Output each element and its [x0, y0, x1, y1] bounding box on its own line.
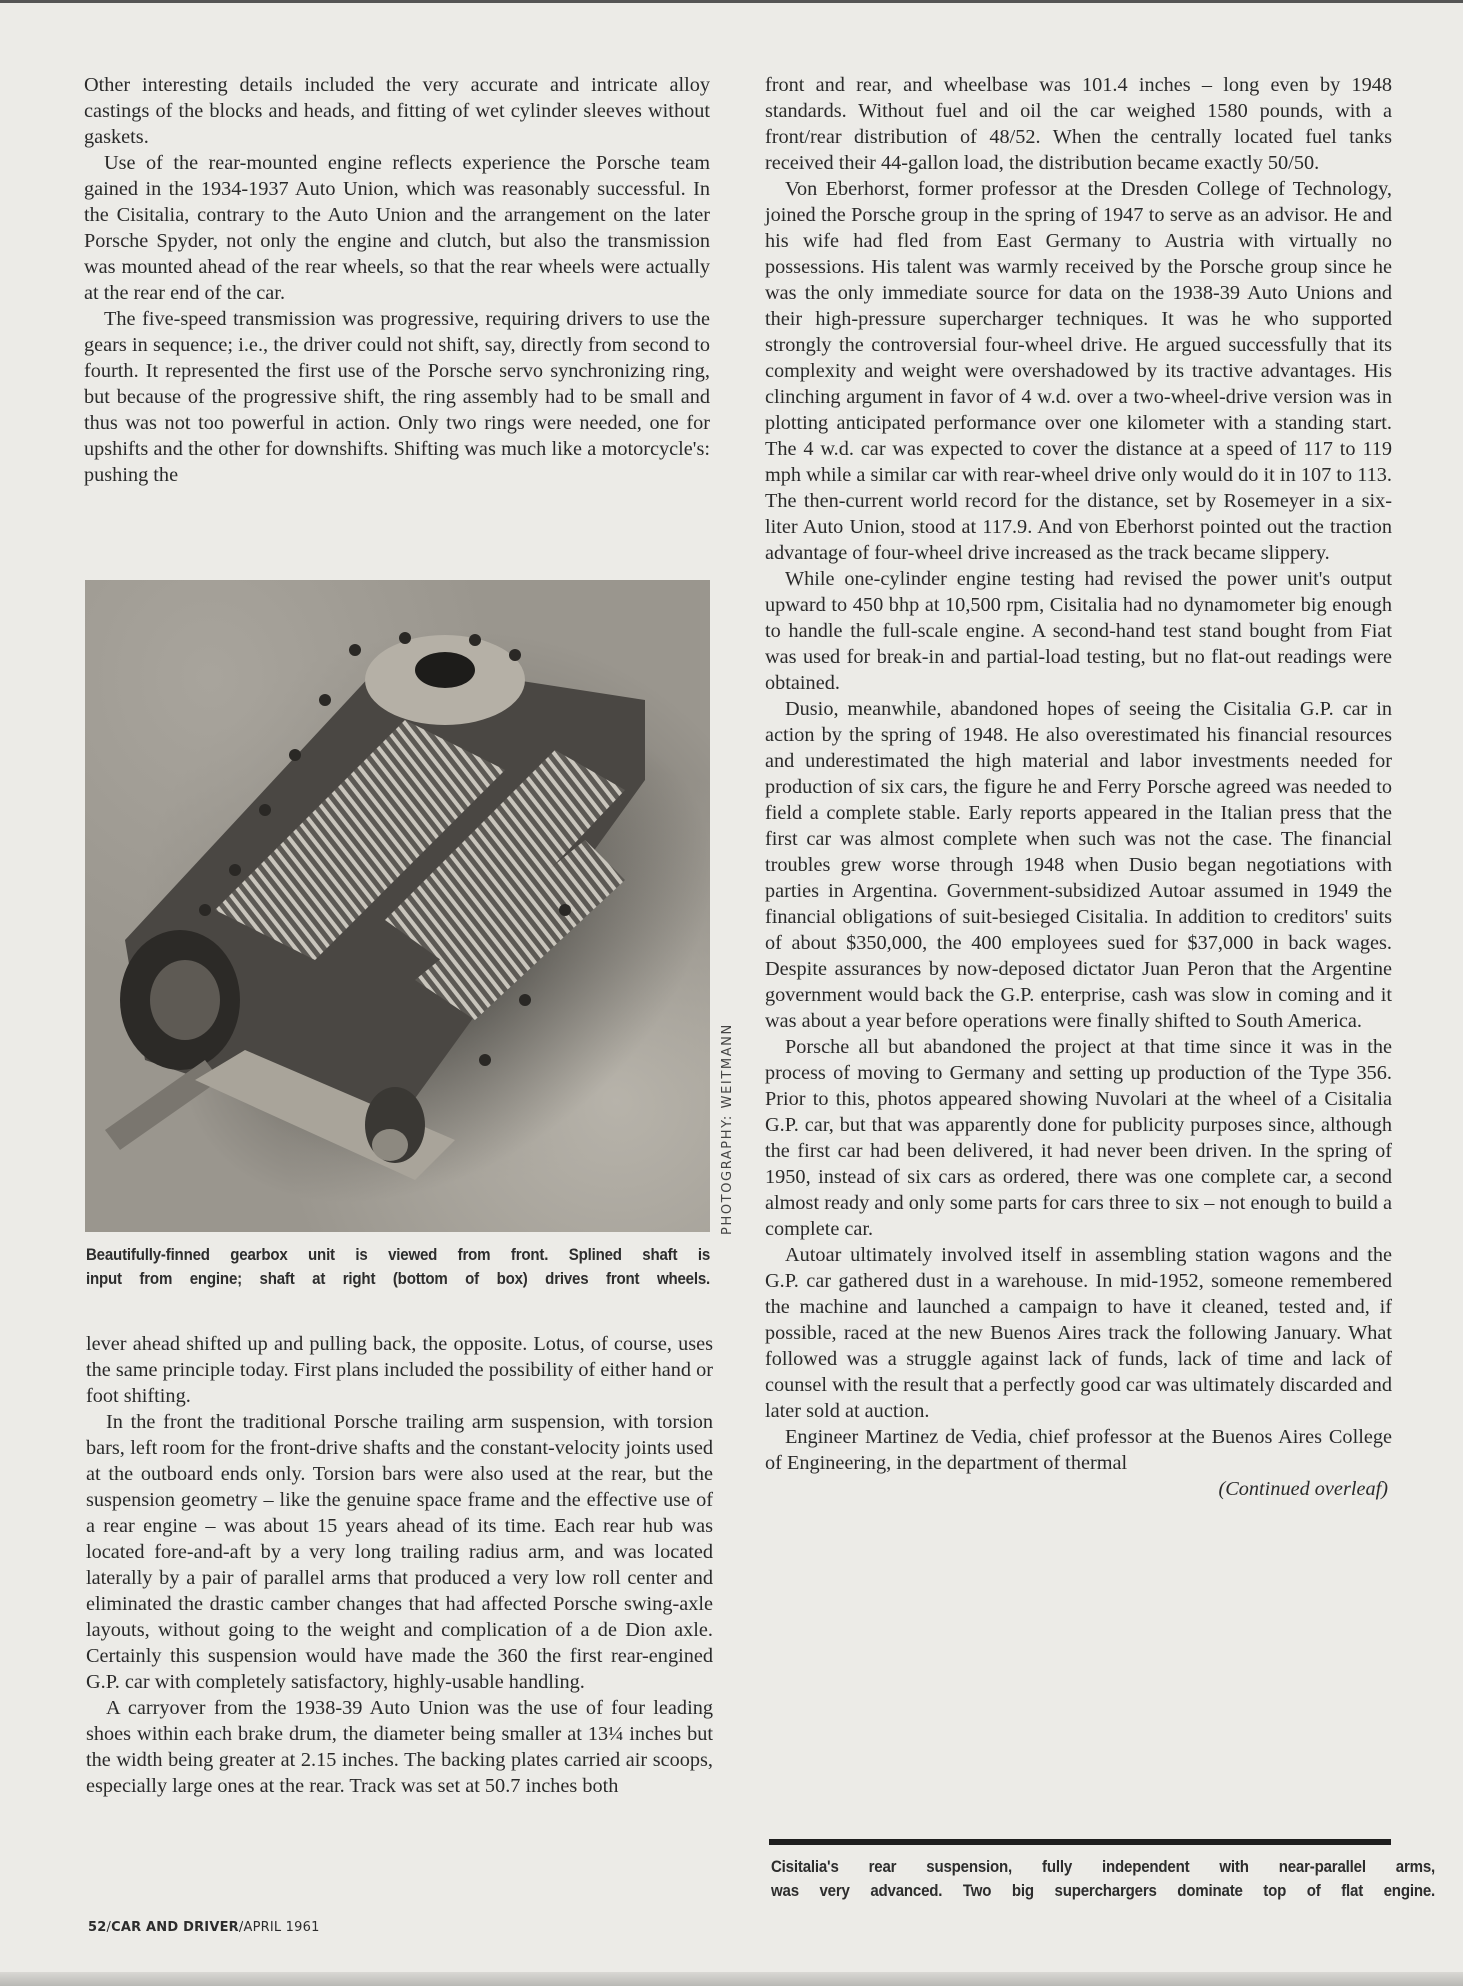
photo-caption: Beautifully-finned gearbox unit is viewe… — [86, 1243, 710, 1291]
caption-line: Beautifully-finned gearbox unit is viewe… — [86, 1243, 710, 1267]
left-column-top: Other interesting details included the v… — [84, 72, 710, 488]
rear-suspension-caption: Cisitalia's rear suspension, fully indep… — [771, 1855, 1435, 1903]
right-column: front and rear, and wheelbase was 101.4 … — [765, 72, 1392, 1502]
caption-line: input from engine; shaft at right (botto… — [86, 1267, 710, 1291]
photo-credit: PHOTOGRAPHY: WEITMANN — [720, 1023, 735, 1235]
paragraph: Other interesting details included the v… — [84, 72, 710, 150]
magazine-name: CAR AND DRIVER — [111, 1920, 239, 1935]
caption-line: was very advanced. Two big superchargers… — [771, 1879, 1435, 1903]
caption-line: Cisitalia's rear suspension, fully indep… — [771, 1855, 1435, 1879]
gearbox-photo — [85, 580, 710, 1232]
paragraph: Von Eberhorst, former professor at the D… — [765, 176, 1392, 566]
gearbox-illustration-icon — [85, 580, 710, 1232]
left-column-bottom: lever ahead shifted up and pulling back,… — [86, 1331, 713, 1799]
paragraph: While one-cylinder engine testing had re… — [765, 566, 1392, 696]
paragraph: lever ahead shifted up and pulling back,… — [86, 1331, 713, 1409]
page-footer: 52/CAR AND DRIVER/APRIL 1961 — [88, 1920, 320, 1935]
paragraph: Porsche all but abandoned the project at… — [765, 1034, 1392, 1242]
paragraph: The five-speed transmission was progress… — [84, 306, 710, 488]
paragraph: Use of the rear-mounted engine reflects … — [84, 150, 710, 306]
page-top-edge — [0, 0, 1463, 3]
paragraph: Autoar ultimately involved itself in ass… — [765, 1242, 1392, 1424]
paragraph: In the front the traditional Porsche tra… — [86, 1409, 713, 1695]
issue-date: APRIL 1961 — [243, 1920, 319, 1935]
paragraph: front and rear, and wheelbase was 101.4 … — [765, 72, 1392, 176]
page-number: 52 — [88, 1920, 107, 1935]
continued-overleaf: (Continued overleaf) — [765, 1476, 1392, 1502]
paragraph: Dusio, meanwhile, abandoned hopes of see… — [765, 696, 1392, 1034]
page-bottom-edge — [0, 1972, 1463, 1986]
caption-divider-rule — [769, 1839, 1391, 1845]
paragraph: A carryover from the 1938-39 Auto Union … — [86, 1695, 713, 1799]
paragraph: Engineer Martinez de Vedia, chief profes… — [765, 1424, 1392, 1476]
